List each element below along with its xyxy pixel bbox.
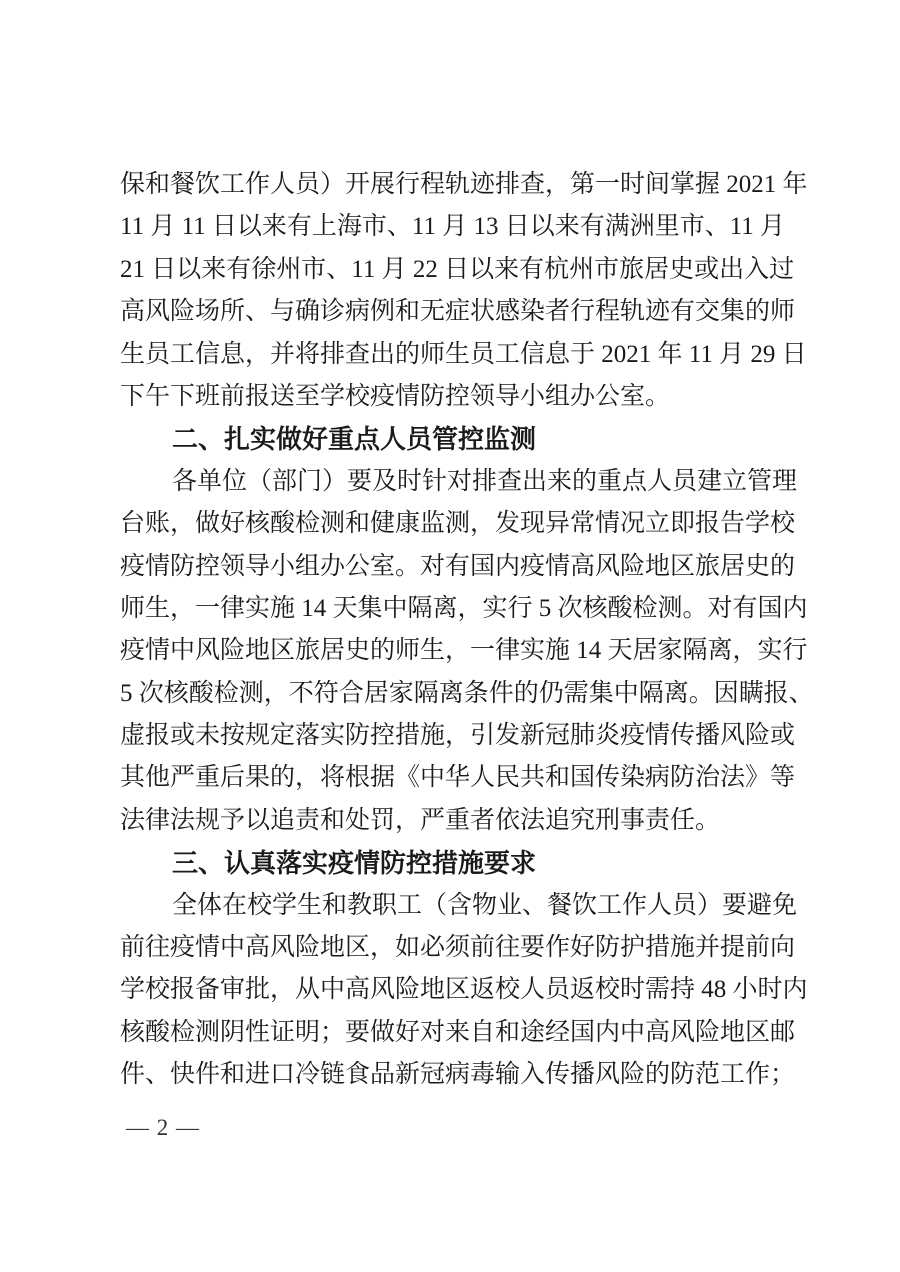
text-line: 保和餐饮工作人员）开展行程轨迹排查，第一时间掌握 2021 年 <box>120 164 778 206</box>
text-line: 法律法规予以追责和处罚，严重者依法追究刑事责任。 <box>120 800 778 842</box>
text-line: 各单位（部门）要及时针对排查出来的重点人员建立管理 <box>120 461 778 503</box>
text-line: 21 日以来有徐州市、11 月 22 日以来有杭州市旅居史或出入过 <box>120 249 778 291</box>
text-line: 虚报或未按规定落实防控措施，引发新冠肺炎疫情传播风险或 <box>120 715 778 757</box>
text-line: 下午下班前报送至学校疫情防控领导小组办公室。 <box>120 376 778 418</box>
text-line: 核酸检测阴性证明；要做好对来自和途经国内中高风险地区邮 <box>120 1012 778 1054</box>
text-line: 件、快件和进口冷链食品新冠病毒输入传播风险的防范工作； <box>120 1054 778 1096</box>
text-line: 台账，做好核酸检测和健康监测，发现异常情况立即报告学校 <box>120 503 778 545</box>
text-line: 全体在校学生和教职工（含物业、餐饮工作人员）要避免 <box>120 885 778 927</box>
text-line: 疫情防控领导小组办公室。对有国内疫情高风险地区旅居史的 <box>120 546 778 588</box>
text-line: 5 次核酸检测，不符合居家隔离条件的仍需集中隔离。因瞒报、 <box>120 673 778 715</box>
section-heading: 二、扎实做好重点人员管控监测 <box>120 418 778 460</box>
text-line: 高风险场所、与确诊病例和无症状感染者行程轨迹有交集的师 <box>120 291 778 333</box>
text-line: 前往疫情中高风险地区，如必须前往要作好防护措施并提前向 <box>120 927 778 969</box>
text-line: 疫情中风险地区旅居史的师生，一律实施 14 天居家隔离，实行 <box>120 630 778 672</box>
text-line: 学校报备审批，从中高风险地区返校人员返校时需持 48 小时内 <box>120 969 778 1011</box>
text-line: 生员工信息，并将排查出的师生员工信息于 2021 年 11 月 29 日 <box>120 334 778 376</box>
text-line: 其他严重后果的，将根据《中华人民共和国传染病防治法》等 <box>120 757 778 799</box>
page-number: — 2 — <box>126 1110 200 1146</box>
section-heading: 三、认真落实疫情防控措施要求 <box>120 842 778 884</box>
document-text-block: 保和餐饮工作人员）开展行程轨迹排查，第一时间掌握 2021 年11 月 11 日… <box>120 164 778 1097</box>
text-line: 11 月 11 日以来有上海市、11 月 13 日以来有满洲里市、11 月 <box>120 206 778 248</box>
document-page: 保和餐饮工作人员）开展行程轨迹排查，第一时间掌握 2021 年11 月 11 日… <box>0 0 900 1272</box>
text-line: 师生，一律实施 14 天集中隔离，实行 5 次核酸检测。对有国内 <box>120 588 778 630</box>
